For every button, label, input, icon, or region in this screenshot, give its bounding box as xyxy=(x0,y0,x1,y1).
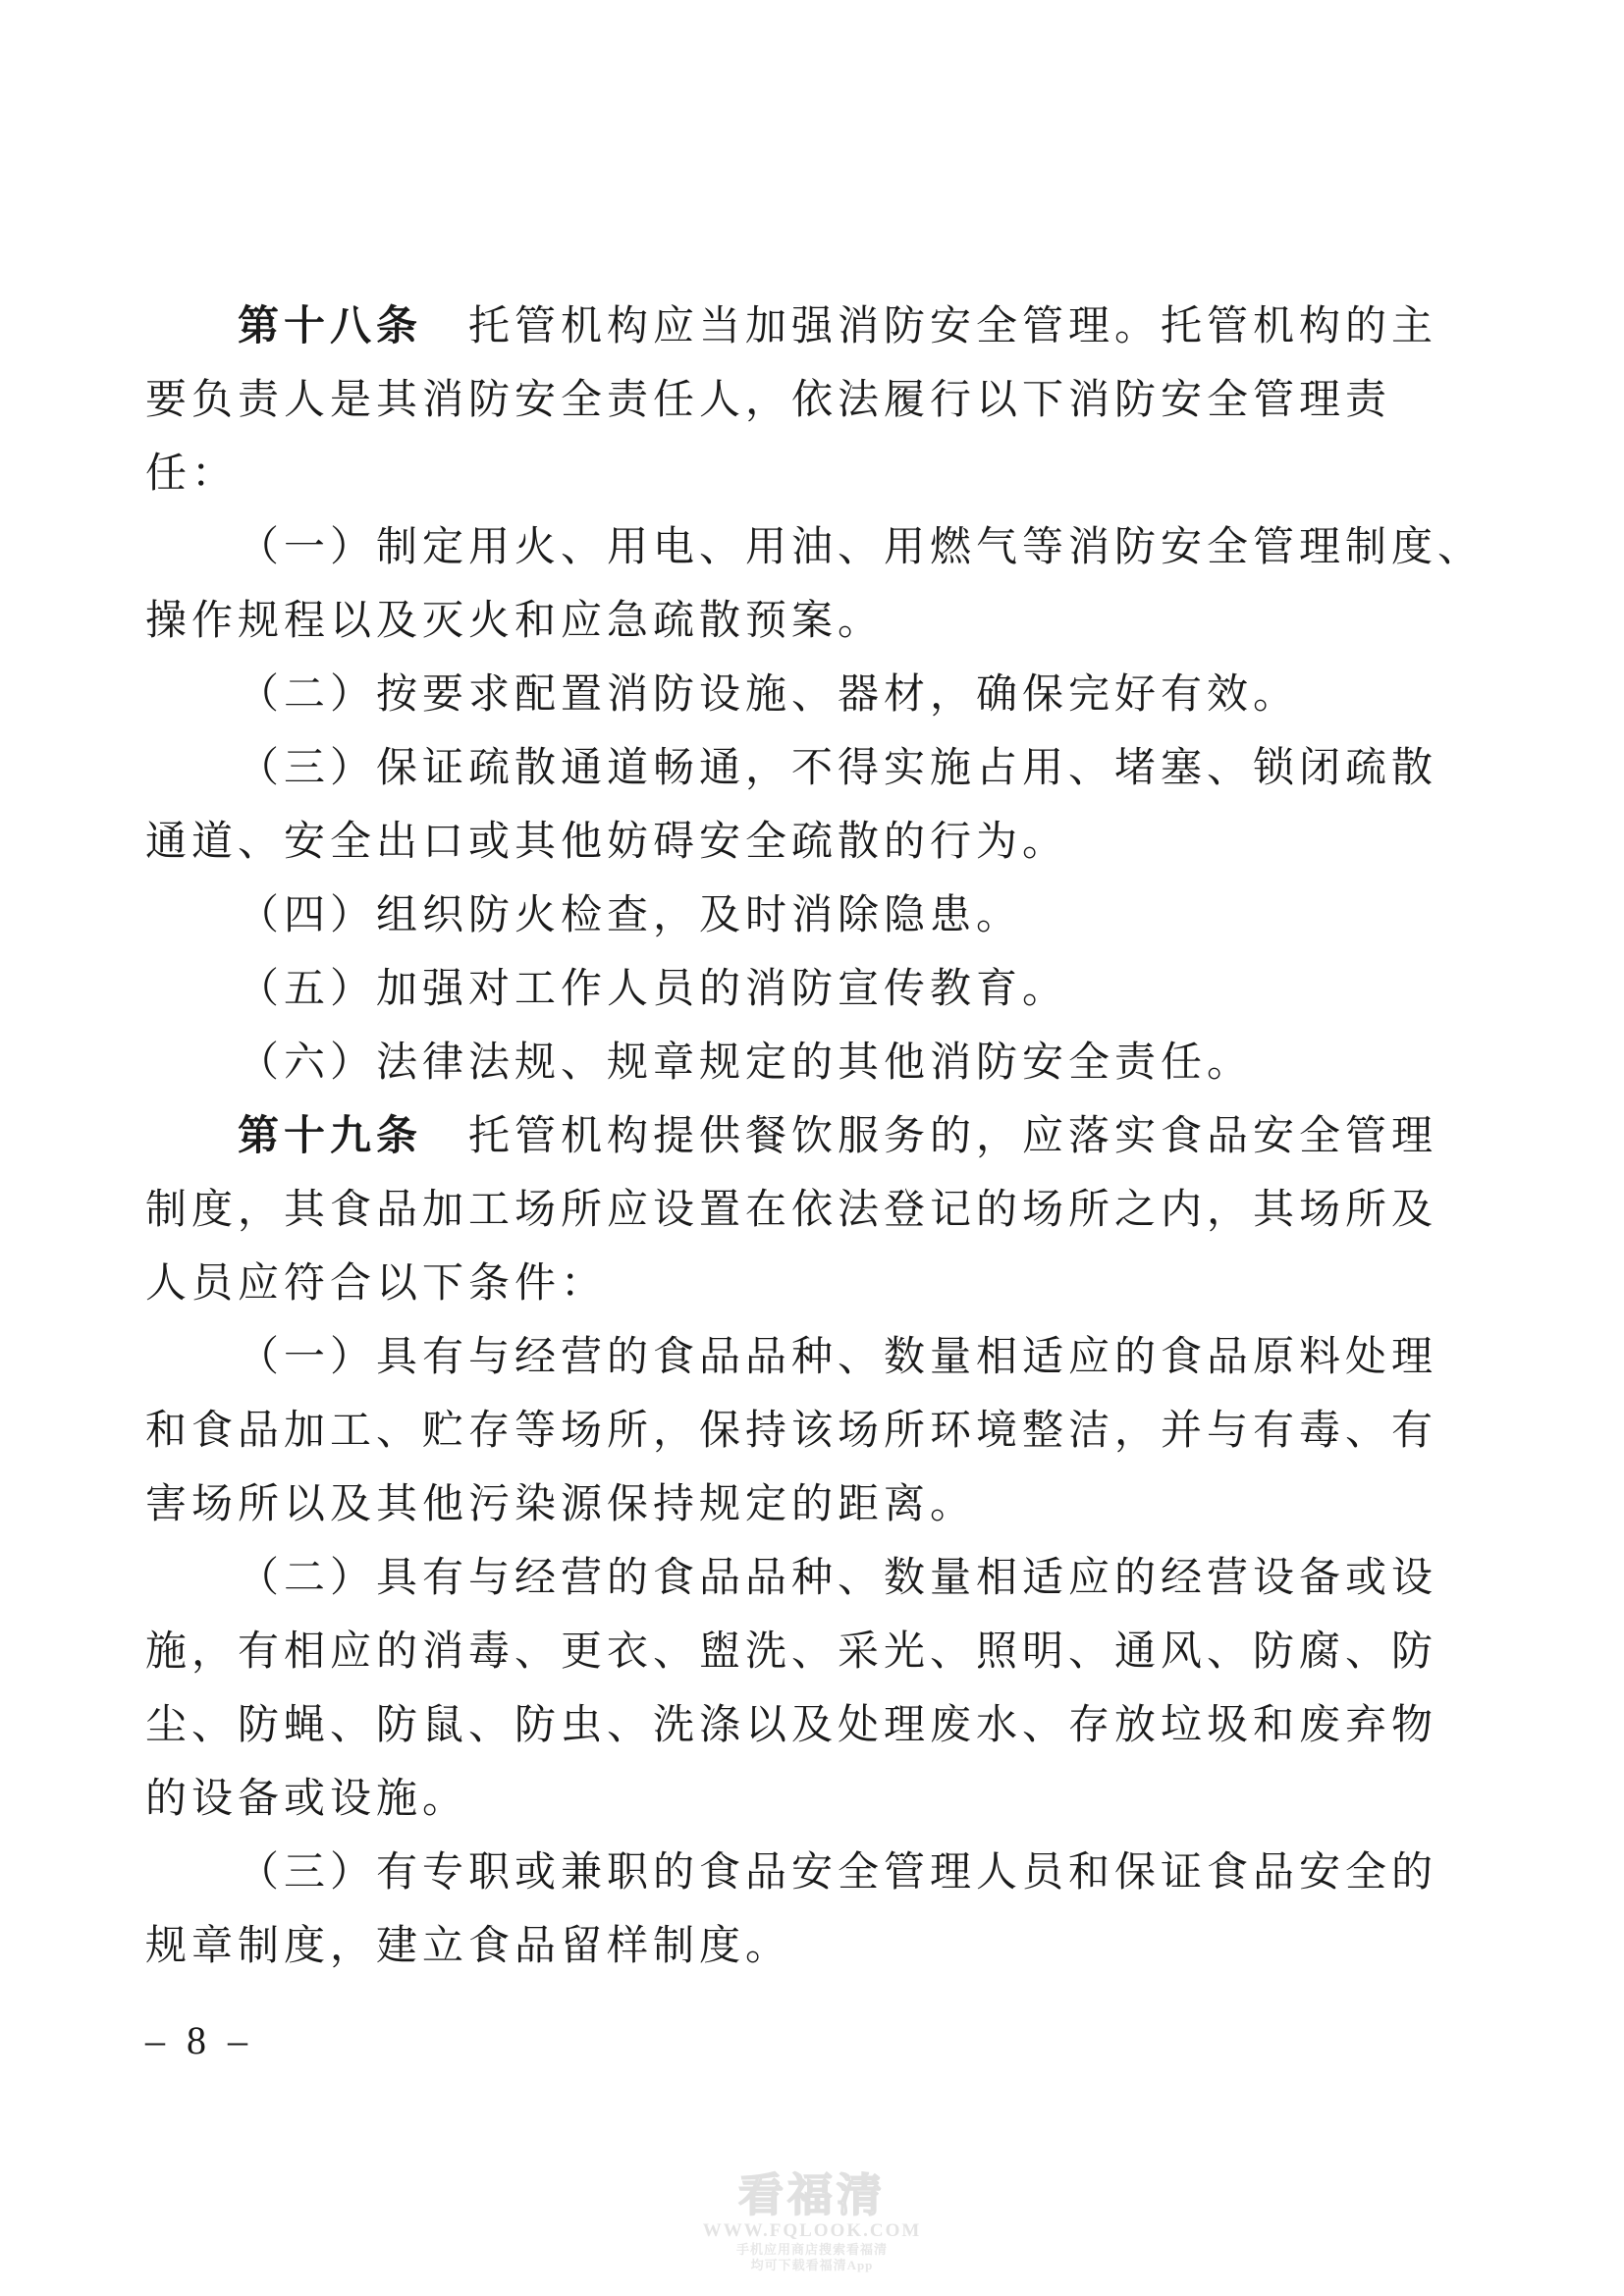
body-line: （一）制定用火、用电、用油、用燃气等消防安全管理制度、 xyxy=(145,511,1540,585)
body-line: （三）有专职或兼职的食品安全管理人员和保证食品安全的 xyxy=(145,1837,1540,1910)
watermark-logo: 看福清 xyxy=(0,2171,1624,2220)
page-number: – 8 – xyxy=(145,2017,253,2063)
body-line: （二）具有与经营的食品品种、数量相适应的经营设备或设 xyxy=(145,1542,1540,1616)
document-page: 第十八条 托管机构应当加强消防安全管理。托管机构的主 要负责人是其消防安全责任人… xyxy=(0,0,1624,2296)
line-text: 托管机构提供餐饮服务的，应落实食品安全管理 xyxy=(422,1114,1437,1159)
watermark-url: WWW.FQLOOK.COM xyxy=(0,2220,1624,2242)
body-line: 操作规程以及灭火和应急疏散预案。 xyxy=(145,585,1540,659)
watermark: 看福清 WWW.FQLOOK.COM 手机应用商店搜索看福清 均可下载看福清Ap… xyxy=(0,2171,1624,2273)
body-line: （一）具有与经营的食品品种、数量相适应的食品原料处理 xyxy=(145,1321,1540,1395)
line-text: 托管机构应当加强消防安全管理。托管机构的主 xyxy=(422,304,1437,349)
body-line: 施，有相应的消毒、更衣、盥洗、采光、照明、通风、防腐、防 xyxy=(145,1616,1540,1689)
body-line: 的设备或设施。 xyxy=(145,1763,1540,1837)
body-line: 害场所以及其他污染源保持规定的距离。 xyxy=(145,1468,1540,1542)
body-line: 尘、防蝇、防鼠、防虫、洗涤以及处理废水、存放垃圾和废弃物 xyxy=(145,1689,1540,1763)
body-text: 第十八条 托管机构应当加强消防安全管理。托管机构的主 要负责人是其消防安全责任人… xyxy=(145,291,1540,1984)
body-line: 制度，其食品加工场所应设置在依法登记的场所之内，其场所及 xyxy=(145,1174,1540,1248)
watermark-caption-1: 手机应用商店搜索看福清 xyxy=(0,2242,1624,2258)
clause-number: 第十九条 xyxy=(238,1114,422,1159)
body-line: （四）组织防火检查，及时消除隐患。 xyxy=(145,880,1540,953)
body-line: 规章制度，建立食品留样制度。 xyxy=(145,1910,1540,1984)
body-line: 和食品加工、贮存等场所，保持该场所环境整洁，并与有毒、有 xyxy=(145,1395,1540,1468)
body-line: 要负责人是其消防安全责任人，依法履行以下消防安全管理责 xyxy=(145,364,1540,438)
body-line: 第十九条 托管机构提供餐饮服务的，应落实食品安全管理 xyxy=(145,1100,1540,1174)
body-line: （二）按要求配置消防设施、器材，确保完好有效。 xyxy=(145,659,1540,732)
body-line: 通道、安全出口或其他妨碍安全疏散的行为。 xyxy=(145,806,1540,880)
body-line: 人员应符合以下条件： xyxy=(145,1248,1540,1321)
body-line: （五）加强对工作人员的消防宣传教育。 xyxy=(145,953,1540,1027)
body-line: （三）保证疏散通道畅通，不得实施占用、堵塞、锁闭疏散 xyxy=(145,732,1540,806)
watermark-caption-2: 均可下载看福清App xyxy=(0,2258,1624,2273)
body-line: 第十八条 托管机构应当加强消防安全管理。托管机构的主 xyxy=(145,291,1540,364)
body-line: （六）法律法规、规章规定的其他消防安全责任。 xyxy=(145,1027,1540,1100)
body-line: 任： xyxy=(145,438,1540,511)
clause-number: 第十八条 xyxy=(238,304,422,349)
